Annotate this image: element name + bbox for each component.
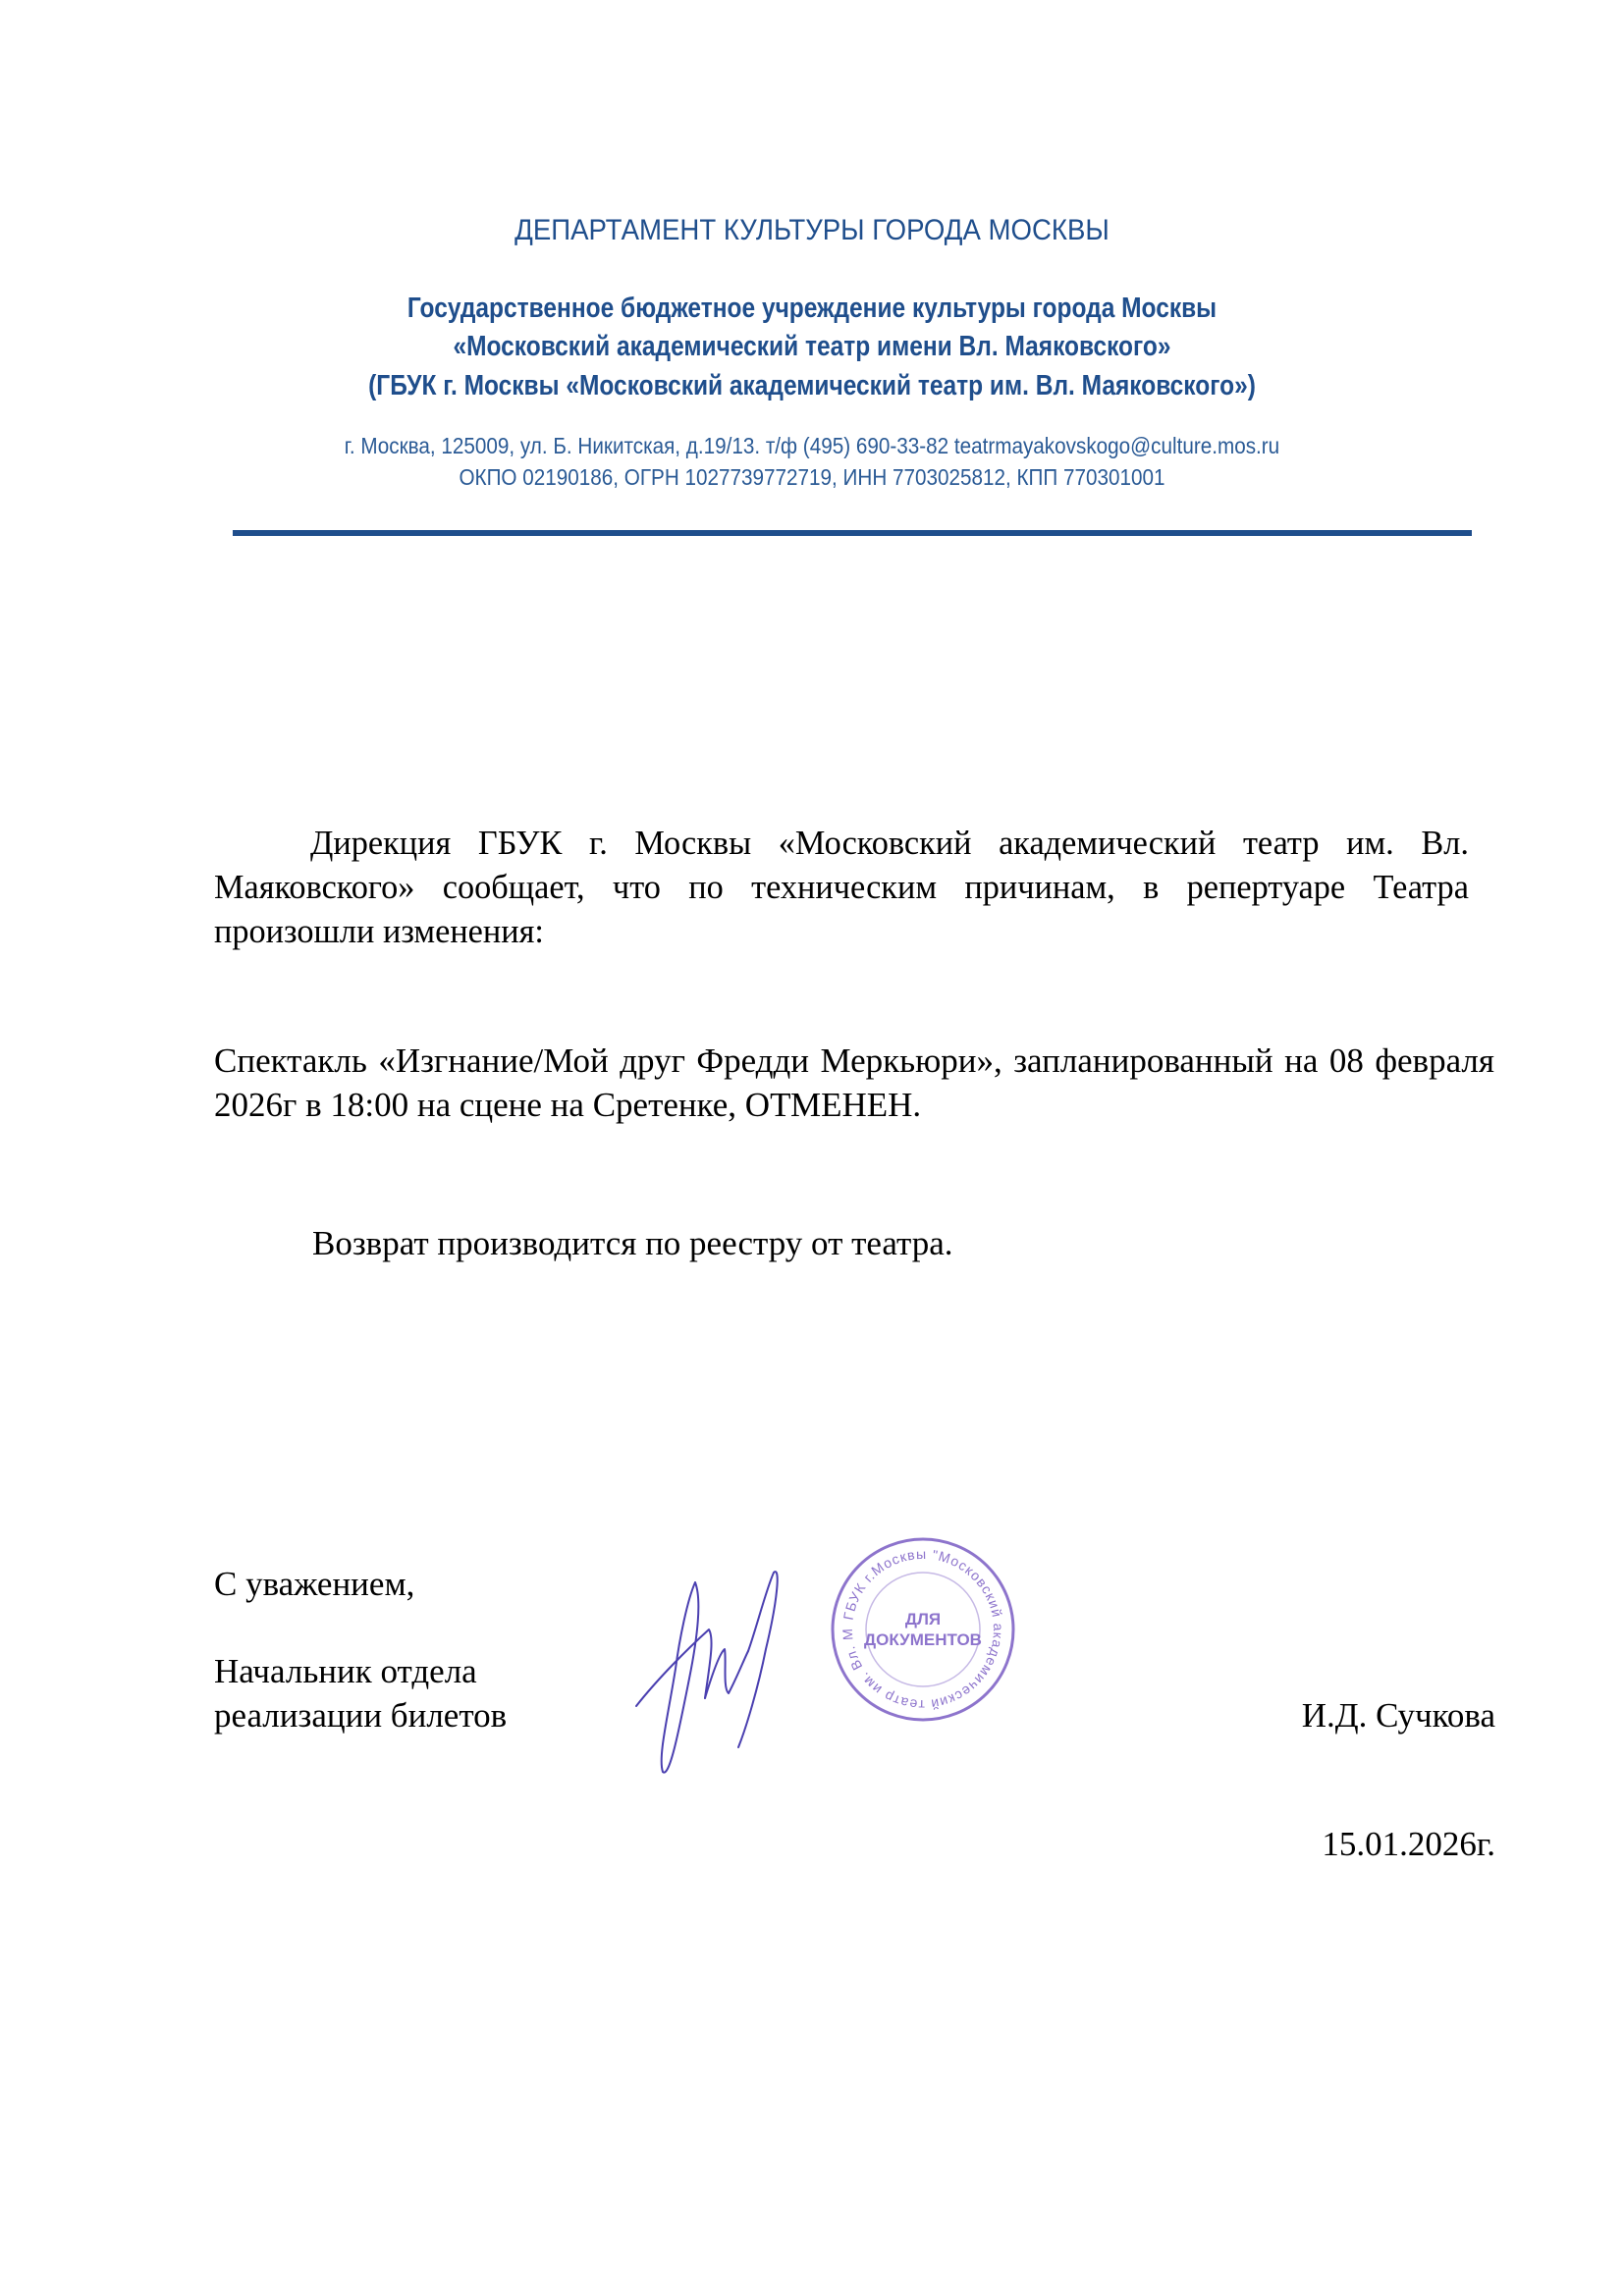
announcement-paragraph: Дирекция ГБУК г. Москвы «Московский акад…	[214, 821, 1469, 953]
address-contact-line: г. Москва, 125009, ул. Б. Никитская, д.1…	[97, 433, 1527, 459]
signer-name: И.Д. Сучкова	[1302, 1693, 1495, 1737]
svg-text:ДЛЯ: ДЛЯ	[905, 1610, 941, 1629]
letterhead-divider	[233, 530, 1472, 536]
letter-page: ДЕПАРТАМЕНТ КУЛЬТУРЫ ГОРОДА МОСКВЫ Госуд…	[0, 0, 1624, 2296]
department-heading: ДЕПАРТАМЕНТ КУЛЬТУРЫ ГОРОДА МОСКВЫ	[65, 214, 1559, 247]
organization-name-line-2: «Московский академический театр имени Вл…	[114, 331, 1510, 363]
organization-stamp-icon: ГБУК г.Москвы "Московский академический …	[825, 1531, 1021, 1728]
signer-position-line-2: реализации билетов	[214, 1693, 507, 1737]
cancellation-paragraph: Спектакль «Изгнание/Мой друг Фредди Мерк…	[214, 1039, 1494, 1127]
closing-regards: С уважением,	[214, 1562, 414, 1606]
signer-position-line-1: Начальник отдела	[214, 1649, 477, 1693]
organization-name-line-3: (ГБУК г. Москвы «Московский академически…	[114, 370, 1510, 402]
organization-name-line-1: Государственное бюджетное учреждение кул…	[114, 293, 1510, 325]
letter-date: 15.01.2026г.	[1322, 1822, 1495, 1866]
registry-codes-line: ОКПО 02190186, ОГРН 1027739772719, ИНН 7…	[97, 464, 1527, 491]
refund-paragraph: Возврат производится по реестру от театр…	[312, 1221, 953, 1265]
handwritten-signature-icon	[628, 1561, 805, 1787]
svg-text:ДОКУМЕНТОВ: ДОКУМЕНТОВ	[864, 1630, 982, 1649]
